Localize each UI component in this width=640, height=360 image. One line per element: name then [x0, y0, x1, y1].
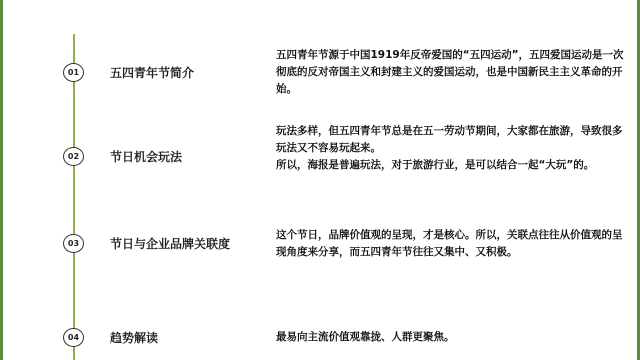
- timeline-node-03: 03: [63, 234, 84, 253]
- left-border: [0, 0, 3, 360]
- timeline-node-02: 02: [63, 147, 84, 166]
- item-title-03: 节日与企业品牌关联度: [110, 235, 230, 252]
- item-title-02: 节日机会玩法: [110, 148, 182, 165]
- item-desc-04-para-1: 最易向主流价值观靠拢、人群更聚焦。: [276, 329, 626, 346]
- item-title-04: 趋势解读: [110, 329, 158, 346]
- item-title-01: 五四青年节简介: [110, 64, 194, 81]
- timeline-node-04: 04: [63, 328, 84, 347]
- timeline-node-01: 01: [63, 63, 84, 82]
- timeline-line: [73, 34, 75, 360]
- item-desc-04: 最易向主流价值观靠拢、人群更聚焦。: [276, 329, 626, 346]
- item-desc-01: 五四青年节源于中国1919年反帝爱国的“五四运动”，五四爱国运动是一次彻底的反对…: [276, 47, 626, 98]
- item-desc-02: 玩法多样，但五四青年节总是在五一劳动节期间，大家都在旅游，导致很多玩法又不容易玩…: [276, 123, 626, 174]
- item-desc-03-para-1: 这个节日，品牌价值观的呈现，才是核心。所以，关联点往往从价值观的呈现角度来分享，…: [276, 227, 626, 261]
- item-desc-02-para-1: 玩法多样，但五四青年节总是在五一劳动节期间，大家都在旅游，导致很多玩法又不容易玩…: [276, 123, 626, 157]
- item-desc-01-para-1: 五四青年节源于中国1919年反帝爱国的“五四运动”，五四爱国运动是一次彻底的反对…: [276, 47, 626, 98]
- item-desc-03: 这个节日，品牌价值观的呈现，才是核心。所以，关联点往往从价值观的呈现角度来分享，…: [276, 227, 626, 261]
- item-desc-02-para-2: 所以，海报是普遍玩法，对于旅游行业，是可以结合一起“大玩”的。: [276, 157, 626, 174]
